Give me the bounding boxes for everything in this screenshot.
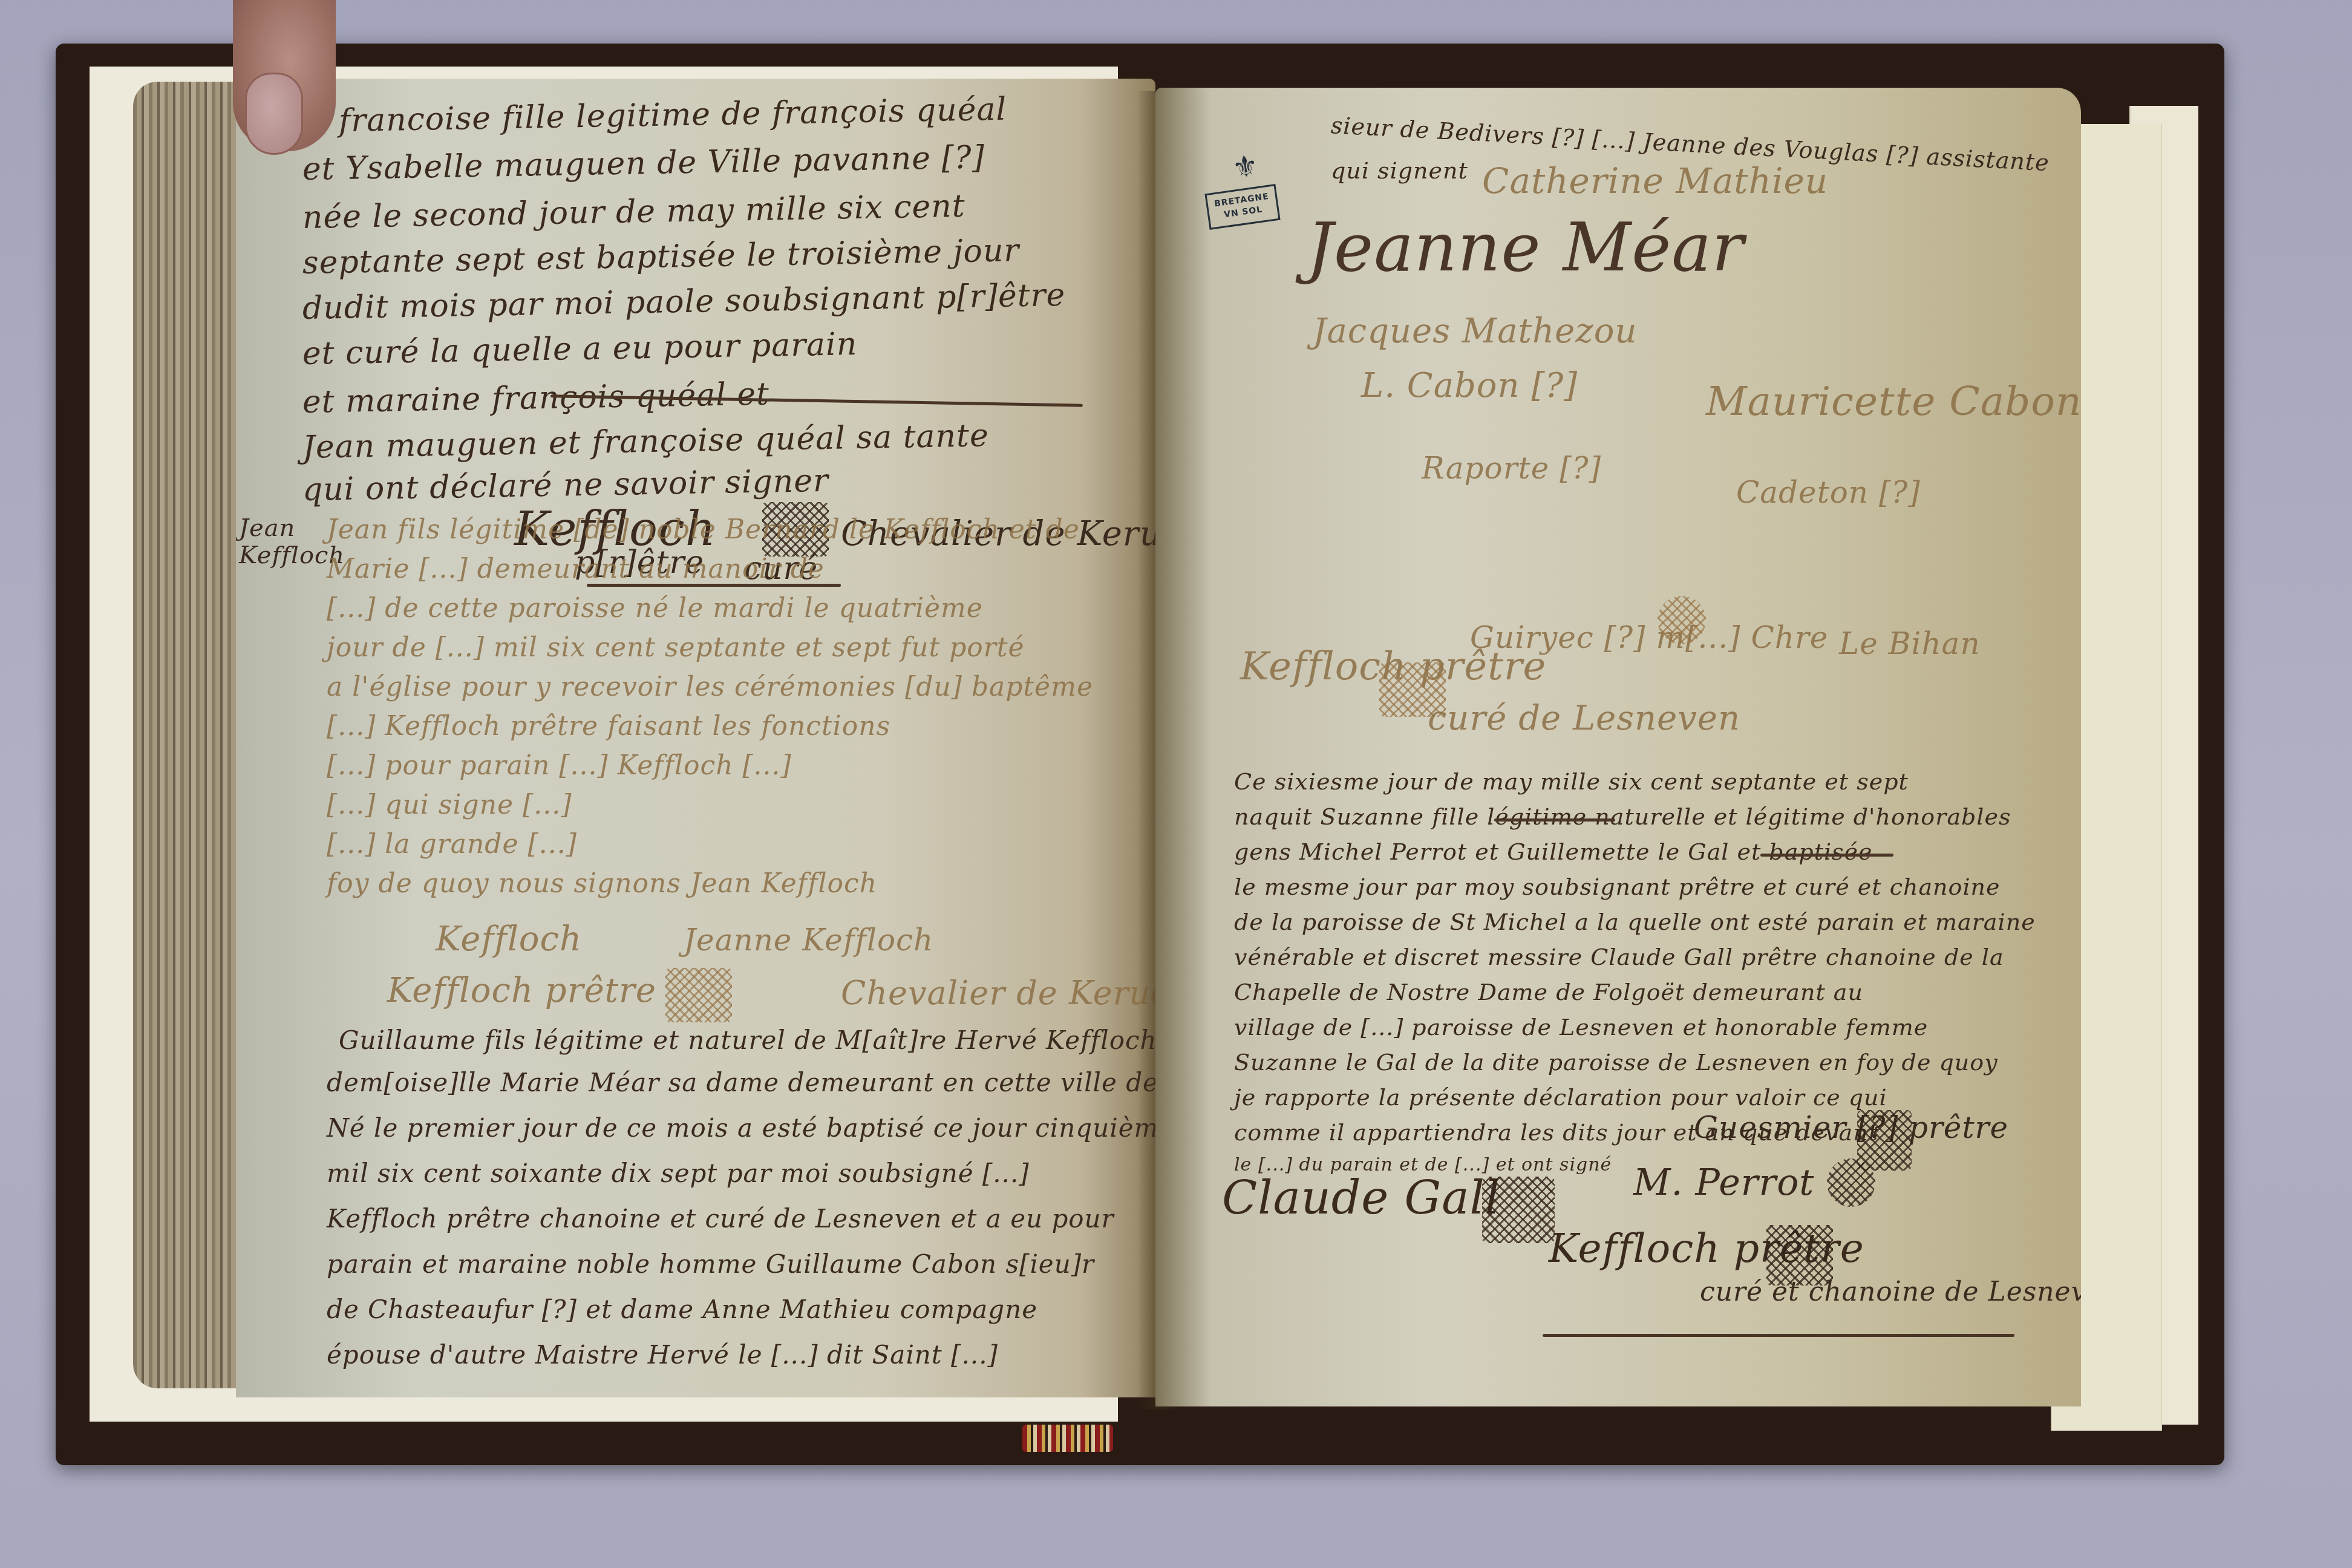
- manuscript-line: septante sept est baptisée le troisième …: [302, 232, 1019, 281]
- signature: curé de Lesneven: [1428, 699, 1740, 738]
- manuscript-line: gens Michel Perrot et Guillemette le Gal…: [1234, 838, 1873, 865]
- signature: Jeanne Keffloch: [684, 923, 933, 958]
- manuscript-line: et curé la quelle a eu pour parain: [302, 326, 857, 372]
- manuscript-line: qui ont déclaré ne savoir signer: [302, 463, 829, 508]
- headband: [1022, 1425, 1113, 1452]
- manuscript-line: village de [...] paroisse de Lesneven et…: [1234, 1014, 1928, 1040]
- manuscript-line: [...] de cette paroisse né le mardi le q…: [327, 593, 983, 624]
- signature-mark: [1482, 1177, 1555, 1243]
- manuscript-line: Keffloch prêtre chanoine et curé de Lesn…: [327, 1204, 1114, 1233]
- signature: Jeanne Méar: [1307, 209, 1744, 286]
- signature: Catherine Mathieu: [1482, 160, 1828, 201]
- stamp-cartouche: BRETAGNE VN SOL: [1204, 184, 1280, 230]
- margin-note: Jean: [239, 514, 295, 542]
- signature: Mauricette Cabon: [1706, 378, 2081, 425]
- manuscript-line: [...] qui signe [...]: [327, 789, 572, 820]
- manuscript-line: [...] Keffloch prêtre faisant les foncti…: [327, 711, 890, 742]
- tax-stamp: ⚜ BRETAGNE VN SOL: [1201, 145, 1292, 248]
- manuscript-line: et Ysabelle mauguen de Ville pavanne [?]: [302, 139, 985, 188]
- manuscript-line: qui signent: [1331, 157, 1468, 184]
- manuscript-line: francoise fille legitime de françois qué…: [338, 91, 1007, 139]
- right-page: sieur de Bedivers [?] [...] Jeanne des V…: [1155, 88, 2081, 1406]
- page-edges-left: [133, 82, 242, 1388]
- strikethrough-line: [1760, 854, 1893, 857]
- signature: Raporte [?]: [1422, 451, 1601, 486]
- signature: Cadeton [?]: [1736, 475, 1921, 510]
- manuscript-line: Né le premier jour de ce mois a esté bap…: [327, 1113, 1155, 1143]
- fleur-de-lis-icon: ⚜: [1230, 148, 1260, 185]
- manuscript-line: foy de quoy nous signons Jean Keffloch: [327, 868, 877, 899]
- manuscript-line: de Chasteaufur [?] et dame Anne Mathieu …: [327, 1295, 1037, 1324]
- manuscript-line: Jean fils légitime [de] noble Bernard le…: [327, 514, 1080, 545]
- manuscript-line: Chapelle de Nostre Dame de Folgoët demeu…: [1234, 979, 1863, 1005]
- manuscript-line: naquit Suzanne fille légitime naturelle …: [1234, 803, 2011, 830]
- manuscript-line: épouse d'autre Maistre Hervé le [...] di…: [327, 1340, 998, 1370]
- manuscript-line: [...] pour parain [...] Keffloch [...]: [327, 750, 792, 781]
- signature: curé et chanoine de Lesneven: [1700, 1276, 2081, 1307]
- entry-end-rule: [1543, 1334, 2014, 1337]
- manuscript-line: Jean mauguen et françoise quéal sa tante: [302, 417, 989, 466]
- manuscript-line: mil six cent soixante dix sept par moi s…: [327, 1158, 1030, 1188]
- signature: Jacques Mathezou: [1313, 312, 1638, 351]
- left-page: francoise fille legitime de françois qué…: [236, 79, 1155, 1397]
- signature: Keffloch: [436, 920, 582, 959]
- manuscript-line: de la paroisse de St Michel a la quelle …: [1234, 909, 2036, 935]
- manuscript-line: Ce sixiesme jour de may mille six cent s…: [1234, 768, 1909, 795]
- manuscript-line: Suzanne le Gal de la dite paroisse de Le…: [1234, 1049, 1998, 1076]
- manuscript-line: vénérable et discret messire Claude Gall…: [1234, 944, 2004, 970]
- manuscript-line: dudit mois par moi paole soubsignant p[r…: [302, 277, 1065, 327]
- manuscript-line: Marie [...] demeurant au manoir de: [327, 554, 825, 584]
- manuscript-line: je rapporte la présente déclaration pour…: [1234, 1084, 1887, 1111]
- signature: L. Cabon [?]: [1361, 366, 1578, 405]
- strikethrough-line: [1494, 818, 1615, 822]
- manuscript-line: dem[oise]lle Marie Méar sa dame demeuran…: [327, 1068, 1155, 1097]
- manuscript-line: a l'église pour y recevoir les cérémonie…: [327, 671, 1093, 702]
- manuscript-line: le mesme jour par moy soubsignant prêtre…: [1234, 874, 2001, 900]
- signature: Le Bihan: [1839, 626, 1981, 661]
- manuscript-line: Guillaume fils légitime et naturel de M[…: [339, 1025, 1155, 1055]
- signature-mark: [1658, 596, 1706, 644]
- signature: Guiryec [?] m[...] Chre: [1470, 620, 1828, 655]
- signature-mark: [1857, 1110, 1912, 1171]
- signature: Keffloch prêtre: [387, 971, 656, 1010]
- manuscript-line: jour de [...] mil six cent septante et s…: [327, 632, 1025, 663]
- signature: Chevalier de Kerudern [?]: [841, 974, 1155, 1012]
- manuscript-line: [...] la grande [...]: [327, 829, 577, 860]
- manuscript-line: parain et maraine noble homme Guillaume …: [327, 1249, 1094, 1279]
- thumbnail-nail: [245, 73, 303, 155]
- signature: Claude Gall: [1222, 1171, 1500, 1224]
- signature: Guesmier [?] prêtre: [1694, 1110, 2008, 1145]
- signature-mark: [665, 968, 732, 1022]
- manuscript-line: née le second jour de may mille six cent: [302, 188, 965, 236]
- signature: M. Perrot: [1633, 1161, 1814, 1204]
